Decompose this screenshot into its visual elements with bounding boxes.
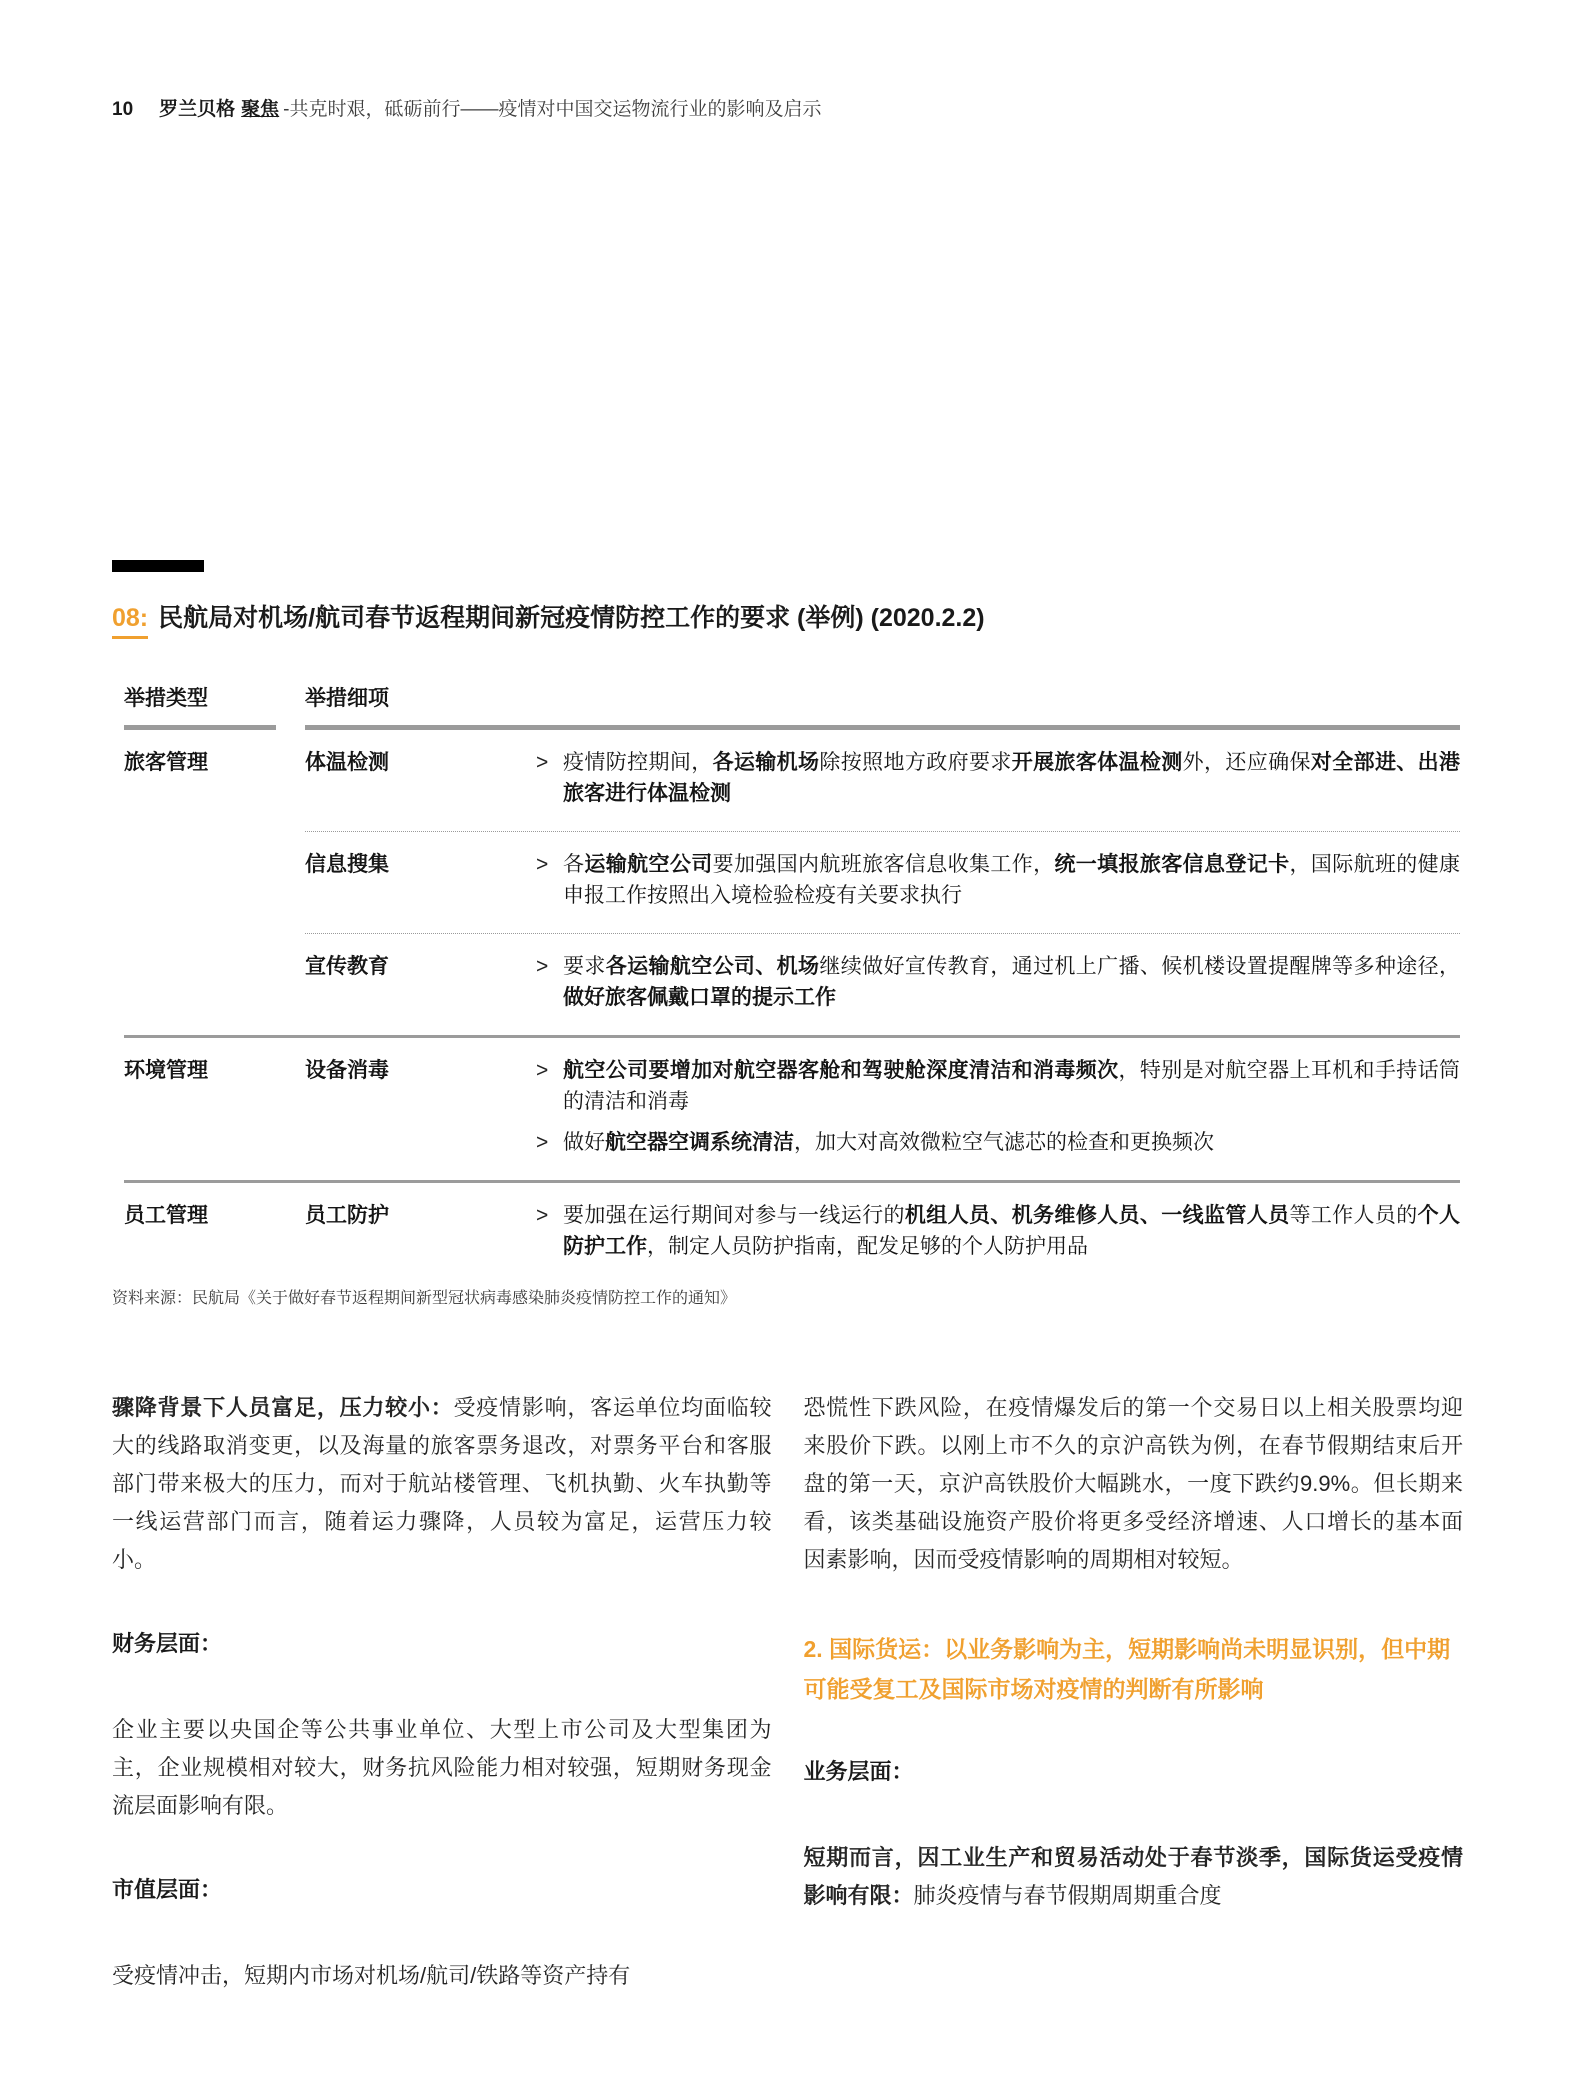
bullet-text: 要求各运输航空公司、机场继续做好宣传教育，通过机上广播、候机楼设置提醒牌等多种途…	[563, 951, 1460, 1013]
bullet-item: >疫情防控期间，各运输机场除按照地方政府要求开展旅客体温检测外，还应确保对全部进…	[536, 747, 1460, 809]
text-run: 外，还应确保	[1183, 751, 1311, 774]
body-columns: 骤降背景下人员富足，压力较小：受疫情影响，客运单位均面临较大的线路取消变更，以及…	[112, 1389, 1463, 2045]
table-group: 员工管理员工防护>要加强在运行期间对参与一线运行的机组人员、机务维修人员、一线监…	[124, 1180, 1460, 1284]
bullet-text: 做好航空器空调系统清洁，加大对高效微粒空气滤芯的检查和更换频次	[563, 1127, 1460, 1158]
body-label: 业务层面：	[804, 1757, 1464, 1787]
table-row: 信息搜集>各运输航空公司要加强国内航班旅客信息收集工作，统一填报旅客信息登记卡，…	[305, 831, 1460, 933]
detail-cell: >各运输航空公司要加强国内航班旅客信息收集工作，统一填报旅客信息登记卡，国际航班…	[536, 849, 1460, 911]
item-cell: 员工防护	[305, 1200, 536, 1262]
chevron-marker-icon: >	[536, 849, 563, 911]
text-run: 除按照地方政府要求	[819, 751, 1011, 774]
text-run: ，加大对高效微粒空气滤芯的检查和更换频次	[794, 1131, 1214, 1154]
group-rows: 设备消毒>航空公司要增加对航空器客舱和驾驶舱深度清洁和消毒频次，特别是对航空器上…	[305, 1038, 1460, 1180]
bullet-item: >各运输航空公司要加强国内航班旅客信息收集工作，统一填报旅客信息登记卡，国际航班…	[536, 849, 1460, 911]
text-run: 受疫情冲击，短期内市场对机场/航司/铁路等资产持有	[112, 1963, 630, 1988]
category-cell: 旅客管理	[124, 730, 305, 1035]
text-run: 要加强在运行期间对参与一线运行的	[563, 1204, 905, 1227]
item-cell: 设备消毒	[305, 1055, 536, 1158]
measures-table: 举措类型 举措细项 旅客管理体温检测>疫情防控期间，各运输机场除按照地方政府要求…	[124, 682, 1460, 1284]
table-row: 宣传教育>要求各运输航空公司、机场继续做好宣传教育，通过机上广播、候机楼设置提醒…	[305, 933, 1460, 1035]
table-header-row: 举措类型 举措细项	[124, 682, 1460, 730]
bullet-text: 要加强在运行期间对参与一线运行的机组人员、机务维修人员、一线监管人员等工作人员的…	[563, 1200, 1460, 1262]
text-run: 肺炎疫情与春节假期周期重合度	[914, 1883, 1222, 1908]
text-run-bold: 做好旅客佩戴口罩的提示工作	[563, 986, 836, 1009]
text-run-bold: 航空器空调系统清洁	[605, 1131, 794, 1154]
body-label: 市值层面：	[112, 1875, 772, 1905]
chevron-marker-icon: >	[536, 1127, 563, 1158]
table-group: 环境管理设备消毒>航空公司要增加对航空器客舱和驾驶舱深度清洁和消毒频次，特别是对…	[124, 1035, 1460, 1180]
detail-cell: >要加强在运行期间对参与一线运行的机组人员、机务维修人员、一线监管人员等工作人员…	[536, 1200, 1460, 1262]
exhibit-heading: 08: 民航局对机场/航司春节返程期间新冠疫情防控工作的要求 (举例) (202…	[112, 601, 1475, 639]
exhibit-number: 08:	[112, 601, 148, 639]
bullet-item: >航空公司要增加对航空器客舱和驾驶舱深度清洁和消毒频次，特别是对航空器上耳机和手…	[536, 1055, 1460, 1117]
brand-focus-label: 聚焦	[241, 99, 279, 120]
text-run: 要加强国内航班旅客信息收集工作，	[713, 853, 1055, 876]
body-column-right: 恐慌性下跌风险，在疫情爆发后的第一个交易日以上相关股票均迎来股价下跌。以刚上市不…	[804, 1389, 1464, 2045]
chevron-marker-icon: >	[536, 1055, 563, 1117]
text-run: 疫情防控期间，	[563, 751, 713, 774]
text-run: 各	[563, 853, 584, 876]
text-run: 受疫情影响，客运单位均面临较大的线路取消变更，以及海量的旅客票务退改，对票务平台…	[112, 1395, 772, 1572]
text-run-bold: 统一填报旅客信息登记卡	[1054, 853, 1289, 876]
text-run-bold: 骤降背景下人员富足，压力较小：	[112, 1395, 454, 1420]
table-row: 体温检测>疫情防控期间，各运输机场除按照地方政府要求开展旅客体温检测外，还应确保…	[305, 730, 1460, 831]
table-row: 设备消毒>航空公司要增加对航空器客舱和驾驶舱深度清洁和消毒频次，特别是对航空器上…	[305, 1038, 1460, 1180]
bullet-text: 疫情防控期间，各运输机场除按照地方政府要求开展旅客体温检测外，还应确保对全部进、…	[563, 747, 1460, 809]
chevron-marker-icon: >	[536, 747, 563, 809]
text-run: 企业主要以央国企等公共事业单位、大型上市公司及大型集团为主，企业规模相对较大，财…	[112, 1717, 772, 1818]
report-title: -共克时艰，砥砺前行——疫情对中国交运物流行业的影响及启示	[283, 99, 821, 120]
body-paragraph: 恐慌性下跌风险，在疫情爆发后的第一个交易日以上相关股票均迎来股价下跌。以刚上市不…	[804, 1389, 1464, 1579]
text-run: 继续做好宣传教育，通过机上广播、候机楼设置提醒牌等多种途径，	[819, 955, 1460, 978]
body-paragraph: 骤降背景下人员富足，压力较小：受疫情影响，客运单位均面临较大的线路取消变更，以及…	[112, 1389, 772, 1579]
measures-table-body: 旅客管理体温检测>疫情防控期间，各运输机场除按照地方政府要求开展旅客体温检测外，…	[124, 730, 1460, 1284]
chevron-marker-icon: >	[536, 951, 563, 1013]
category-cell: 环境管理	[124, 1038, 305, 1180]
bullet-item: >要加强在运行期间对参与一线运行的机组人员、机务维修人员、一线监管人员等工作人员…	[536, 1200, 1460, 1262]
exhibit-title: 民航局对机场/航司春节返程期间新冠疫情防控工作的要求 (举例) (2020.2.…	[158, 601, 984, 635]
item-cell: 宣传教育	[305, 951, 536, 1013]
text-run: ，制定人员防护指南，配发足够的个人防护用品	[647, 1235, 1088, 1258]
bullet-text: 航空公司要增加对航空器客舱和驾驶舱深度清洁和消毒频次，特别是对航空器上耳机和手持…	[563, 1055, 1460, 1117]
body-paragraph: 短期而言，因工业生产和贸易活动处于春节淡季，国际货运受疫情影响有限：肺炎疫情与春…	[804, 1839, 1464, 1915]
body-label: 财务层面：	[112, 1629, 772, 1659]
group-rows: 员工防护>要加强在运行期间对参与一线运行的机组人员、机务维修人员、一线监管人员等…	[305, 1183, 1460, 1284]
col-header-measure-type: 举措类型	[124, 682, 305, 730]
group-rows: 体温检测>疫情防控期间，各运输机场除按照地方政府要求开展旅客体温检测外，还应确保…	[305, 730, 1460, 1035]
detail-cell: >航空公司要增加对航空器客舱和驾驶舱深度清洁和消毒频次，特别是对航空器上耳机和手…	[536, 1055, 1460, 1158]
table-group: 旅客管理体温检测>疫情防控期间，各运输机场除按照地方政府要求开展旅客体温检测外，…	[124, 730, 1460, 1035]
text-run: 要求	[563, 955, 606, 978]
bullet-item: >做好航空器空调系统清洁，加大对高效微粒空气滤芯的检查和更换频次	[536, 1127, 1460, 1158]
text-run: 做好	[563, 1131, 605, 1154]
text-run-bold: 各运输航空公司、机场	[606, 955, 820, 978]
body-paragraph: 受疫情冲击，短期内市场对机场/航司/铁路等资产持有	[112, 1957, 772, 1995]
body-column-left: 骤降背景下人员富足，压力较小：受疫情影响，客运单位均面临较大的线路取消变更，以及…	[112, 1389, 772, 2045]
text-run-bold: 运输航空公司	[584, 853, 712, 876]
text-run: 恐慌性下跌风险，在疫情爆发后的第一个交易日以上相关股票均迎来股价下跌。以刚上市不…	[804, 1395, 1464, 1572]
col-header-measure-detail: 举措细项	[305, 682, 1460, 730]
text-run-bold: 开展旅客体温检测	[1012, 751, 1183, 774]
text-run-bold: 航空公司要增加对航空器客舱和驾驶舱深度清洁和消毒频次	[563, 1059, 1119, 1082]
detail-cell: >疫情防控期间，各运输机场除按照地方政府要求开展旅客体温检测外，还应确保对全部进…	[536, 747, 1460, 809]
category-cell: 员工管理	[124, 1183, 305, 1284]
text-run: 等工作人员的	[1289, 1204, 1417, 1227]
text-run-bold: 机组人员、机务维修人员、一线监管人员	[905, 1204, 1290, 1227]
brand-name: 罗兰贝格	[159, 99, 235, 120]
detail-cell: >要求各运输航空公司、机场继续做好宣传教育，通过机上广播、候机楼设置提醒牌等多种…	[536, 951, 1460, 1013]
source-note: 资料来源：民航局《关于做好春节返程期间新型冠状病毒感染肺炎疫情防控工作的通知》	[112, 1288, 1475, 1310]
item-cell: 体温检测	[305, 747, 536, 809]
bullet-text: 各运输航空公司要加强国内航班旅客信息收集工作，统一填报旅客信息登记卡，国际航班的…	[563, 849, 1460, 911]
section-marker-bar	[112, 560, 204, 572]
text-run-bold: 各运输机场	[713, 751, 820, 774]
subsection-heading: 2. 国际货运：以业务影响为主，短期影响尚未明显识别，但中期可能受复工及国际市场…	[804, 1629, 1464, 1709]
bullet-item: >要求各运输航空公司、机场继续做好宣传教育，通过机上广播、候机楼设置提醒牌等多种…	[536, 951, 1460, 1013]
chevron-marker-icon: >	[536, 1200, 563, 1262]
item-cell: 信息搜集	[305, 849, 536, 911]
body-paragraph: 企业主要以央国企等公共事业单位、大型上市公司及大型集团为主，企业规模相对较大，财…	[112, 1711, 772, 1825]
running-header: 10罗兰贝格聚焦-共克时艰，砥砺前行——疫情对中国交运物流行业的影响及启示	[112, 97, 1475, 123]
table-row: 员工防护>要加强在运行期间对参与一线运行的机组人员、机务维修人员、一线监管人员等…	[305, 1183, 1460, 1284]
page-number: 10	[112, 99, 133, 120]
